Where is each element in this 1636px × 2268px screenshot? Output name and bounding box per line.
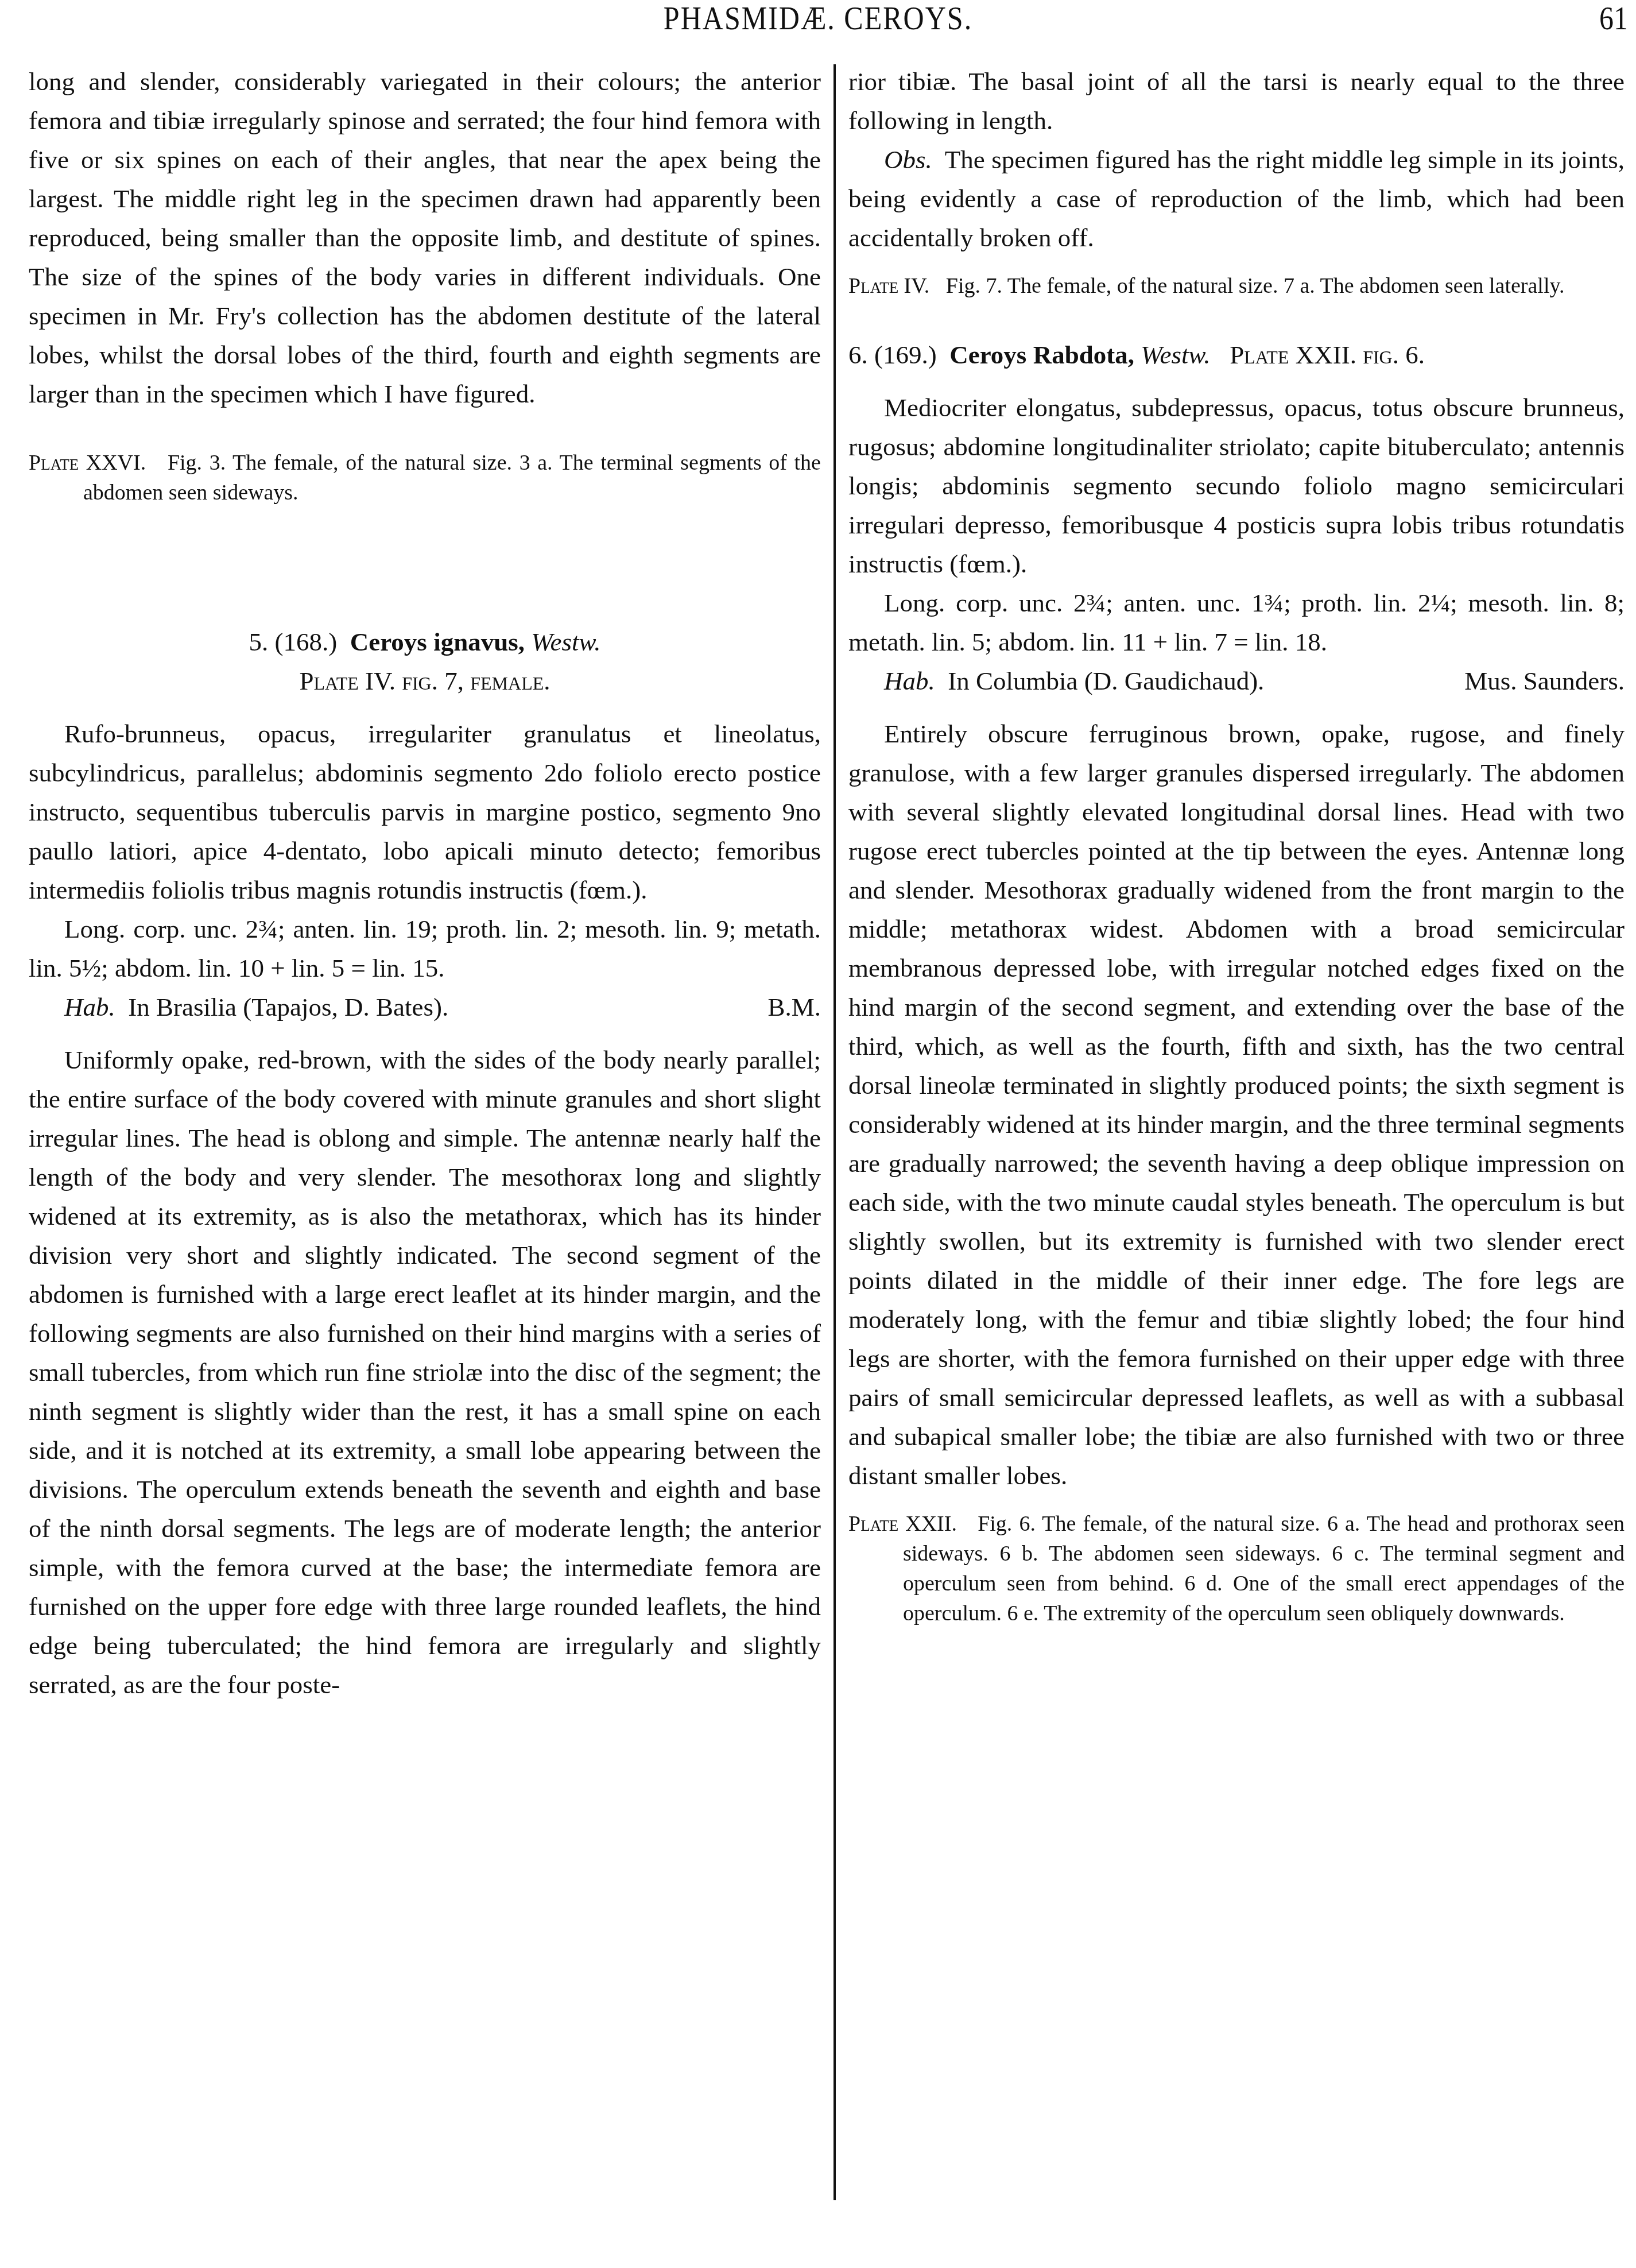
species-author: Westw. <box>1141 340 1210 369</box>
continuation-paragraph: long and slender, considerably variegate… <box>29 62 821 413</box>
latin-description: Mediocriter elongatus, subdepressus, opa… <box>848 388 1625 583</box>
observation: Obs. The specimen figured has the right … <box>848 140 1625 257</box>
habitat: In Brasilia (Tapajos, D. Bates). <box>128 993 448 1021</box>
measurements: Long. corp. unc. 2¾; anten. unc. 1¾; pro… <box>848 583 1625 661</box>
species-author: Westw. <box>531 628 600 656</box>
obs-label: Obs. <box>884 145 932 174</box>
running-title: PHASMIDÆ. CEROYS. <box>0 0 1636 37</box>
page-number: 61 <box>1599 0 1628 37</box>
habitat-line: Hab. In Columbia (D. Gaudichaud). Mus. S… <box>848 661 1625 700</box>
right-column: rior tibiæ. The basal joint of all the t… <box>848 62 1625 1628</box>
english-description: Entirely obscure ferruginous brown, opak… <box>848 714 1625 1495</box>
english-description: Uniformly opake, red-brown, with the sid… <box>29 1040 821 1704</box>
caption-text: Fig. 3. The female, of the natural size.… <box>83 451 821 505</box>
plate-label: Plate XXVI. <box>29 451 146 475</box>
continuation-paragraph: rior tibiæ. The basal joint of all the t… <box>848 62 1625 140</box>
species-name: Ceroys Rabdota, <box>949 340 1134 369</box>
habitat-label: Hab. <box>64 993 115 1021</box>
column-divider <box>833 64 836 2200</box>
species-heading: 5. (168.) Ceroys ignavus, Westw. <box>29 622 821 661</box>
species-plate-ref: Plate IV. fig. 7, female. <box>29 661 821 700</box>
habitat: In Columbia (D. Gaudichaud). <box>948 667 1264 695</box>
caption-text: Fig. 6. The female, of the natural size.… <box>903 1512 1625 1625</box>
plate-caption: Plate XXVI. Fig. 3. The female, of the n… <box>29 448 821 508</box>
page-header: PHASMIDÆ. CEROYS. 61 <box>0 0 1636 40</box>
plate-label: Plate XXII. <box>848 1512 957 1536</box>
collection: B.M. <box>732 988 821 1027</box>
habitat-label: Hab. <box>884 667 935 695</box>
latin-description: Rufo-brunneus, opacus, irregulariter gra… <box>29 714 821 909</box>
species-number: 5. (168.) <box>249 628 338 656</box>
plate-caption: Plate IV. Fig. 7. The female, of the nat… <box>848 271 1625 301</box>
species-number: 6. (169.) <box>848 340 937 369</box>
plate-caption: Plate XXII. Fig. 6. The female, of the n… <box>848 1509 1625 1628</box>
caption-text: Fig. 7. The female, of the natural size.… <box>946 274 1565 298</box>
plate-label: Plate IV. <box>848 274 929 298</box>
species-heading: 6. (169.) Ceroys Rabdota, Westw. Plate X… <box>848 335 1625 374</box>
obs-text: The specimen figured has the right middl… <box>848 145 1625 252</box>
collection: Mus. Saunders. <box>1429 661 1625 700</box>
species-name: Ceroys ignavus, <box>350 628 525 656</box>
species-plate-ref: Plate XXII. fig. 6. <box>1230 340 1425 369</box>
measurements: Long. corp. unc. 2¾; anten. lin. 19; pro… <box>29 909 821 988</box>
habitat-line: Hab. In Brasilia (Tapajos, D. Bates). B.… <box>29 988 821 1027</box>
left-column: long and slender, considerably variegate… <box>29 62 821 1704</box>
